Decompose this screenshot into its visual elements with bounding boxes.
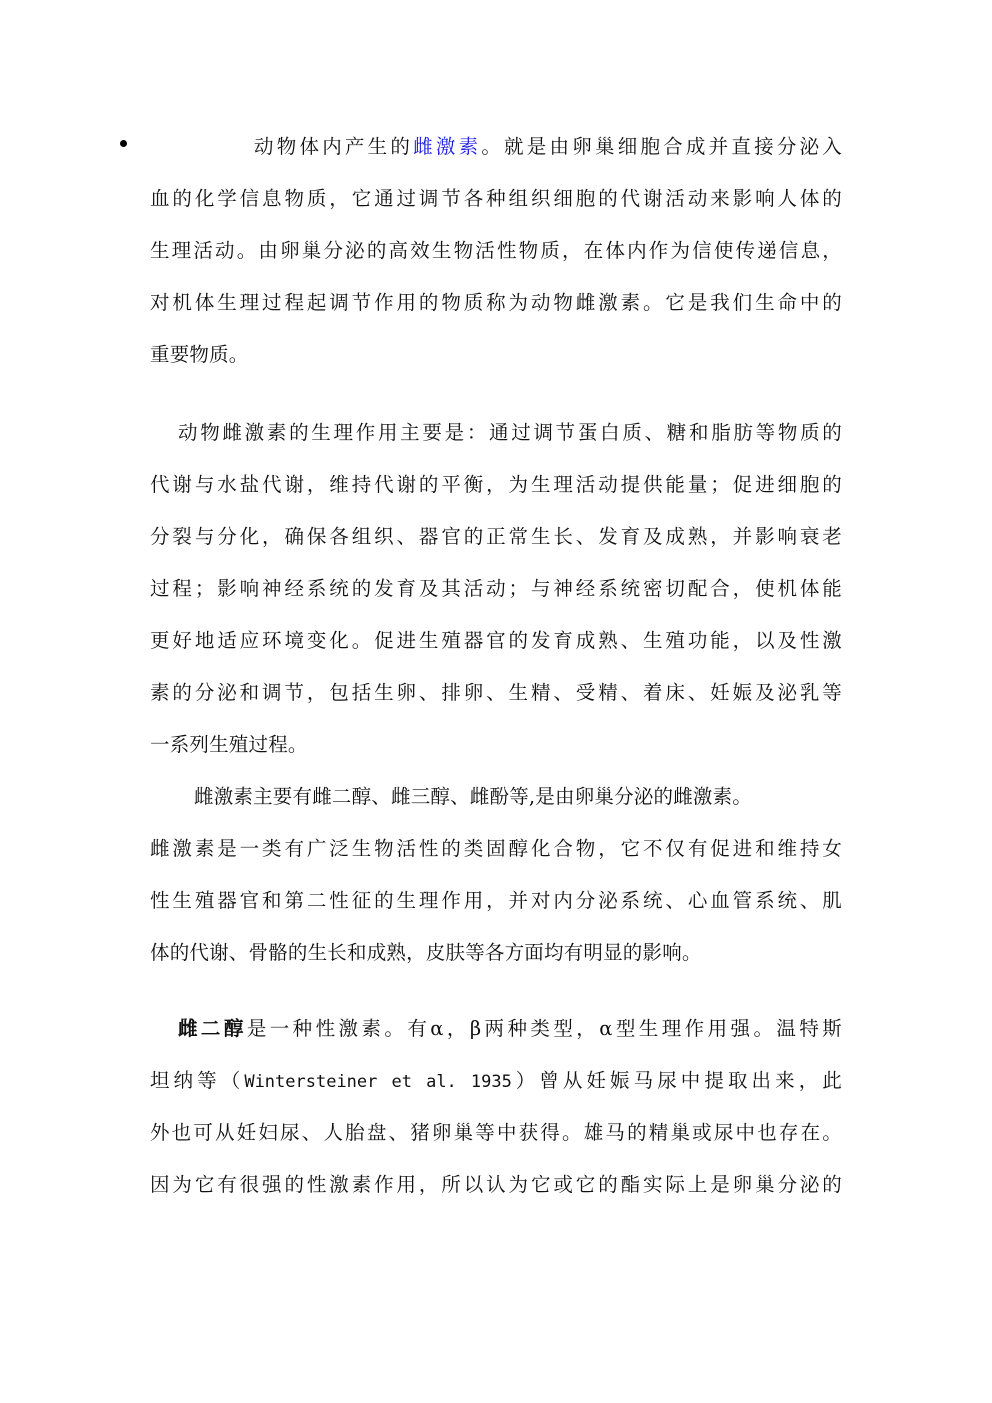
document-page: 动物体内产生的雌激素。就是由卵巢细胞合成并直接分泌入 血的化学信息物质，它通过调… bbox=[0, 0, 992, 1403]
paragraph-2-line-6: 素的分泌和调节，包括生卵、排卵、生精、受精、着床、妊娠及泌乳等 bbox=[150, 680, 842, 706]
paragraph-3-line-2: 雌激素是一类有广泛生物活性的类固醇化合物，它不仅有促进和维持女 bbox=[150, 836, 842, 862]
paragraph-1-line-5: 重要物质。 bbox=[150, 342, 842, 368]
paragraph-2-line-2: 代谢与水盐代谢，维持代谢的平衡，为生理活动提供能量；促进细胞的 bbox=[150, 472, 842, 498]
paragraph-3-line-4: 体的代谢、骨骼的生长和成熟，皮肤等各方面均有明显的影响。 bbox=[150, 940, 842, 966]
citation: Wintersteiner et al. 1935 bbox=[244, 1072, 512, 1092]
paragraph-2-line-4: 过程；影响神经系统的发育及其活动；与神经系统密切配合，使机体能 bbox=[150, 576, 842, 602]
text-span: 。就是由卵巢细胞合成并直接分泌入 bbox=[481, 135, 842, 158]
paragraph-4-line-4: 因为它有很强的性激素作用，所以认为它或它的酯实际上是卵巢分泌的 bbox=[150, 1172, 842, 1198]
paragraph-1-line-1: 动物体内产生的雌激素。就是由卵巢细胞合成并直接分泌入 bbox=[254, 134, 842, 160]
paragraph-1-line-4: 对机体生理过程起调节作用的物质称为动物雌激素。它是我们生命中的 bbox=[150, 290, 842, 316]
text-span: ）曾从妊娠马尿中提取出来，此 bbox=[512, 1069, 842, 1092]
paragraph-1-line-2: 血的化学信息物质，它通过调节各种组织细胞的代谢活动来影响人体的 bbox=[150, 186, 842, 212]
paragraph-4-line-1: 雌二醇是一种性激素。有α，β两种类型，α型生理作用强。温特斯 bbox=[178, 1016, 842, 1042]
paragraph-4-line-3: 外也可从妊妇尿、人胎盘、猪卵巢等中获得。雄马的精巢或尿中也存在。 bbox=[150, 1120, 842, 1146]
text-span: 动物体内产生的 bbox=[254, 135, 413, 158]
paragraph-3-line-3: 性生殖器官和第二性征的生理作用，并对内分泌系统、心血管系统、肌 bbox=[150, 888, 842, 914]
paragraph-2-line-3: 分裂与分化，确保各组织、器官的正常生长、发育及成熟，并影响衰老 bbox=[150, 524, 842, 550]
text-span: 是一种性激素。有α，β两种类型，α型生理作用强。温特斯 bbox=[247, 1017, 842, 1040]
paragraph-2-line-1: 动物雌激素的生理作用主要是：通过调节蛋白质、糖和脂肪等物质的 bbox=[178, 420, 842, 446]
estrogen-link[interactable]: 雌激素 bbox=[413, 135, 481, 158]
bullet-icon bbox=[120, 140, 127, 147]
paragraph-3-line-1: 雌激素主要有雌二醇、雌三醇、雌酚等,是由卵巢分泌的雌激素。 bbox=[194, 784, 834, 810]
paragraph-4-line-2: 坦纳等（Wintersteiner et al. 1935）曾从妊娠马尿中提取出… bbox=[150, 1068, 842, 1095]
text-span: 坦纳等（ bbox=[150, 1069, 244, 1092]
paragraph-2-line-5: 更好地适应环境变化。促进生殖器官的发育成熟、生殖功能，以及性激 bbox=[150, 628, 842, 654]
paragraph-1-line-3: 生理活动。由卵巢分泌的高效生物活性物质，在体内作为信使传递信息， bbox=[150, 238, 842, 264]
estradiol-term: 雌二醇 bbox=[178, 1017, 247, 1040]
paragraph-2-line-7: 一系列生殖过程。 bbox=[150, 732, 842, 758]
